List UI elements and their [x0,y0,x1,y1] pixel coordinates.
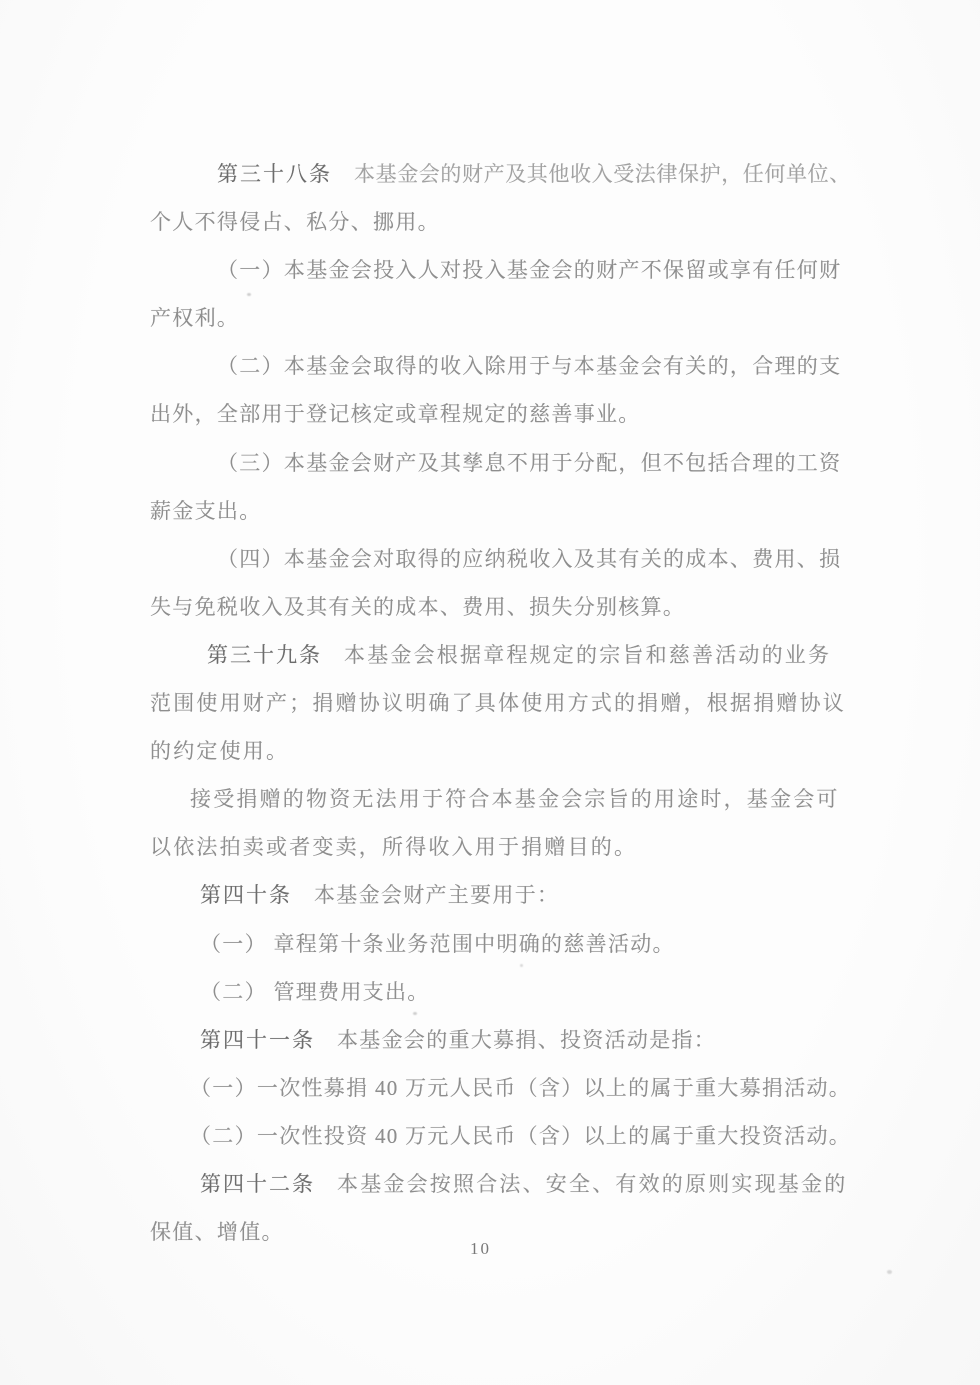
line-text: 范围使用财产；捐赠协议明确了具体使用方式的捐赠，根据捐赠协议 [150,691,846,715]
document-line: 第三十八条本基金会的财产及其他收入受法律保护，任何单位、 [150,150,856,198]
document-line: 接受捐赠的物资无法用于符合本基金会宗旨的用途时，基金会可 [150,775,856,823]
line-text: （三）本基金会财产及其孳息不用于分配，但不包括合理的工资 [217,451,841,475]
document-line: （一） 章程第十条业务范围中明确的慈善活动。 [150,920,856,968]
scan-speck [413,1012,417,1015]
document-line: （三）本基金会财产及其孳息不用于分配，但不包括合理的工资 [150,439,856,487]
line-text: （一） 章程第十条业务范围中明确的慈善活动。 [200,932,675,956]
page-number: 10 [470,1238,491,1260]
line-text: （一）本基金会投入人对投入基金会的财产不保留或享有任何财 [217,258,841,282]
article-number: 第三十八条 [217,162,332,186]
line-text: 出外，全部用于登记核定或章程规定的慈善事业。 [150,402,641,426]
document-line: 薪金支出。 [150,487,856,535]
line-text: 失与免税收入及其有关的成本、费用、损失分别核算。 [150,595,685,619]
line-text: 个人不得侵占、私分、挪用。 [150,210,440,234]
document-line: 出外，全部用于登记核定或章程规定的慈善事业。 [150,390,856,438]
document-line: （四）本基金会对取得的应纳税收入及其有关的成本、费用、损 [150,535,856,583]
document-line: 范围使用财产；捐赠协议明确了具体使用方式的捐赠，根据捐赠协议 [150,679,856,727]
document-line: （一）一次性募捐 40 万元人民币（含）以上的属于重大募捐活动。 [150,1064,856,1112]
article-number: 第三十九条 [207,643,322,667]
document-line: 的约定使用。 [150,727,856,775]
line-text: （二）本基金会取得的收入除用于与本基金会有关的，合理的支 [217,354,841,378]
line-text: 产权利。 [150,306,239,330]
document-line: 保值、增值。 [150,1208,856,1256]
document-line: 个人不得侵占、私分、挪用。 [150,198,856,246]
scan-speck [247,293,251,296]
line-text: 本基金会的财产及其他收入受法律保护，任何单位、 [354,162,851,186]
document-line: （二） 管理费用支出。 [150,968,856,1016]
scanned-document-screenshot: { "palette": { "paper": "#fbfbfb", "body… [0,0,980,1385]
document-line: （一）本基金会投入人对投入基金会的财产不保留或享有任何财 [150,246,856,294]
line-text: 薪金支出。 [150,499,262,523]
article-number: 第四十二条 [200,1172,315,1196]
line-text: （二） 管理费用支出。 [200,980,430,1004]
line-text: 保值、增值。 [150,1220,284,1244]
article-number: 第四十条 [200,883,292,907]
line-text: 本基金会的重大募捐、投资活动是指： [337,1028,716,1052]
document-line: 以依法拍卖或者变卖，所得收入用于捐赠目的。 [150,823,856,871]
document-line: 产权利。 [150,294,856,342]
line-text: 接受捐赠的物资无法用于符合本基金会宗旨的用途时，基金会可 [190,787,840,811]
document-line: （二）一次性投资 40 万元人民币（含）以上的属于重大投资活动。 [150,1112,856,1160]
line-text: （四）本基金会对取得的应纳税收入及其有关的成本、费用、损 [217,547,841,571]
scan-speck [887,1270,892,1274]
document-line: 第四十一条本基金会的重大募捐、投资活动是指： [150,1016,856,1064]
document-body: 第三十八条本基金会的财产及其他收入受法律保护，任何单位、个人不得侵占、私分、挪用… [150,150,856,1256]
article-number: 第四十一条 [200,1028,315,1052]
line-text: （一）一次性募捐 40 万元人民币（含）以上的属于重大募捐活动。 [190,1076,851,1100]
line-text: 以依法拍卖或者变卖，所得收入用于捐赠目的。 [150,835,637,859]
line-text: 本基金会财产主要用于： [314,883,559,907]
document-line: 第四十条本基金会财产主要用于： [150,871,856,919]
document-page: 第三十八条本基金会的财产及其他收入受法律保护，任何单位、个人不得侵占、私分、挪用… [0,0,980,1385]
document-line: 第四十二条本基金会按照合法、安全、有效的原则实现基金的 [150,1160,856,1208]
document-line: 第三十九条本基金会根据章程规定的宗旨和慈善活动的业务 [150,631,856,679]
line-text: （二）一次性投资 40 万元人民币（含）以上的属于重大投资活动。 [190,1124,851,1148]
document-line: 失与免税收入及其有关的成本、费用、损失分别核算。 [150,583,856,631]
document-line: （二）本基金会取得的收入除用于与本基金会有关的，合理的支 [150,342,856,390]
line-text: 本基金会按照合法、安全、有效的原则实现基金的 [337,1172,847,1196]
scan-speck [520,964,523,967]
line-text: 本基金会根据章程规定的宗旨和慈善活动的业务 [344,643,831,667]
line-text: 的约定使用。 [150,739,289,763]
